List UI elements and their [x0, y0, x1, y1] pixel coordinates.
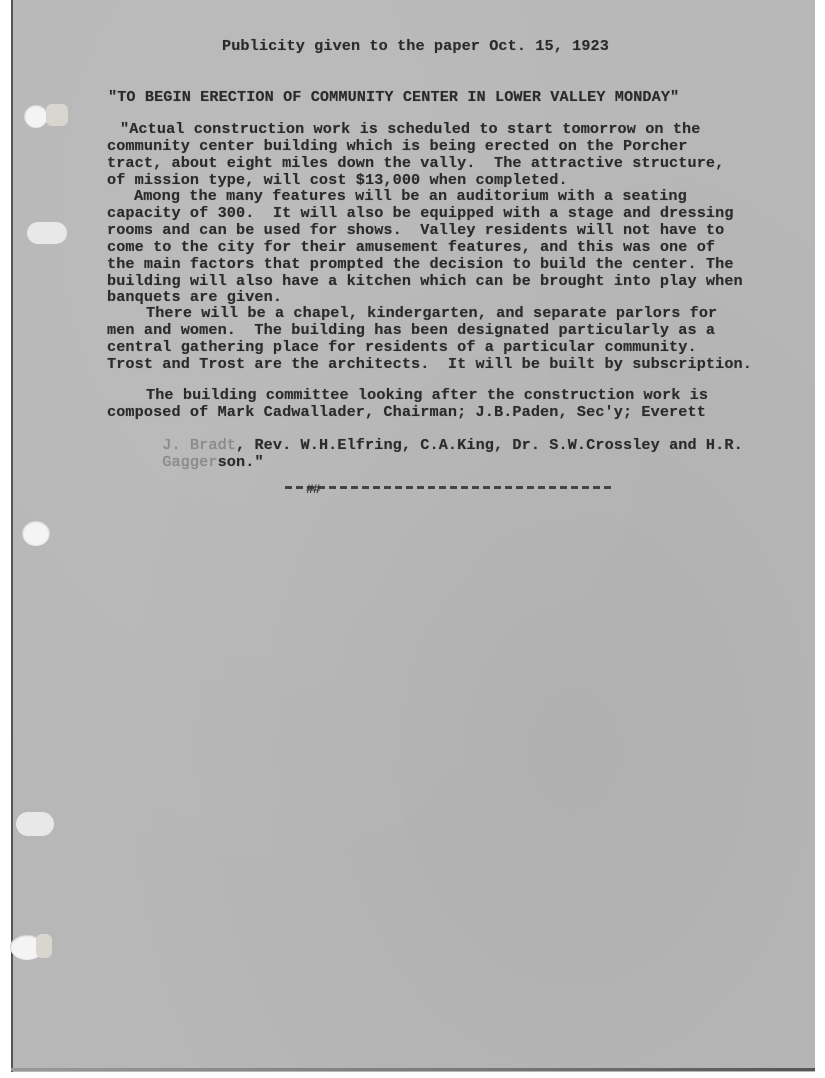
document-header: Publicity given to the paper Oct. 15, 19… — [222, 38, 609, 54]
dashed-divider — [285, 486, 615, 489]
text-line: come to the city for their amusement fea… — [107, 239, 715, 255]
text-line: the main factors that prompted the decis… — [107, 256, 734, 272]
text-line: There will be a chapel, kindergarten, an… — [146, 305, 717, 321]
text-line: banquets are given. — [107, 289, 282, 305]
text-line: tract, about eight miles down the vally.… — [107, 155, 724, 171]
text-line: rooms and can be used for shows. Valley … — [107, 222, 724, 238]
text-line: men and women. The building has been des… — [107, 322, 715, 338]
headline: "TO BEGIN ERECTION OF COMMUNITY CENTER I… — [108, 89, 679, 105]
text-segment: son." — [218, 453, 264, 471]
text-line: central gathering place for residents of… — [107, 339, 697, 355]
text-line: of mission type, will cost $13,000 when … — [107, 172, 568, 188]
text-line: Trost and Trost are the architects. It w… — [107, 356, 752, 372]
text-line: Among the many features will be an audit… — [134, 188, 687, 204]
text-line: capacity of 300. It will also be equippe… — [107, 205, 734, 221]
typewritten-document: Publicity given to the paper Oct. 15, 19… — [0, 0, 825, 1078]
text-line: "Actual construction work is scheduled t… — [120, 121, 700, 137]
text-line: The building committee looking after the… — [146, 387, 708, 403]
text-line: building will also have a kitchen which … — [107, 273, 743, 289]
text-segment: , Rev. W.H.Elfring, C.A.King, Dr. S.W.Cr… — [236, 436, 743, 454]
divider-hash-mark: ## — [306, 482, 320, 497]
text-line: Gaggerson." — [107, 438, 264, 486]
faded-text: Gagger — [162, 453, 217, 471]
text-line: composed of Mark Cadwallader, Chairman; … — [107, 404, 706, 420]
text-line: community center building which is being… — [107, 138, 687, 154]
